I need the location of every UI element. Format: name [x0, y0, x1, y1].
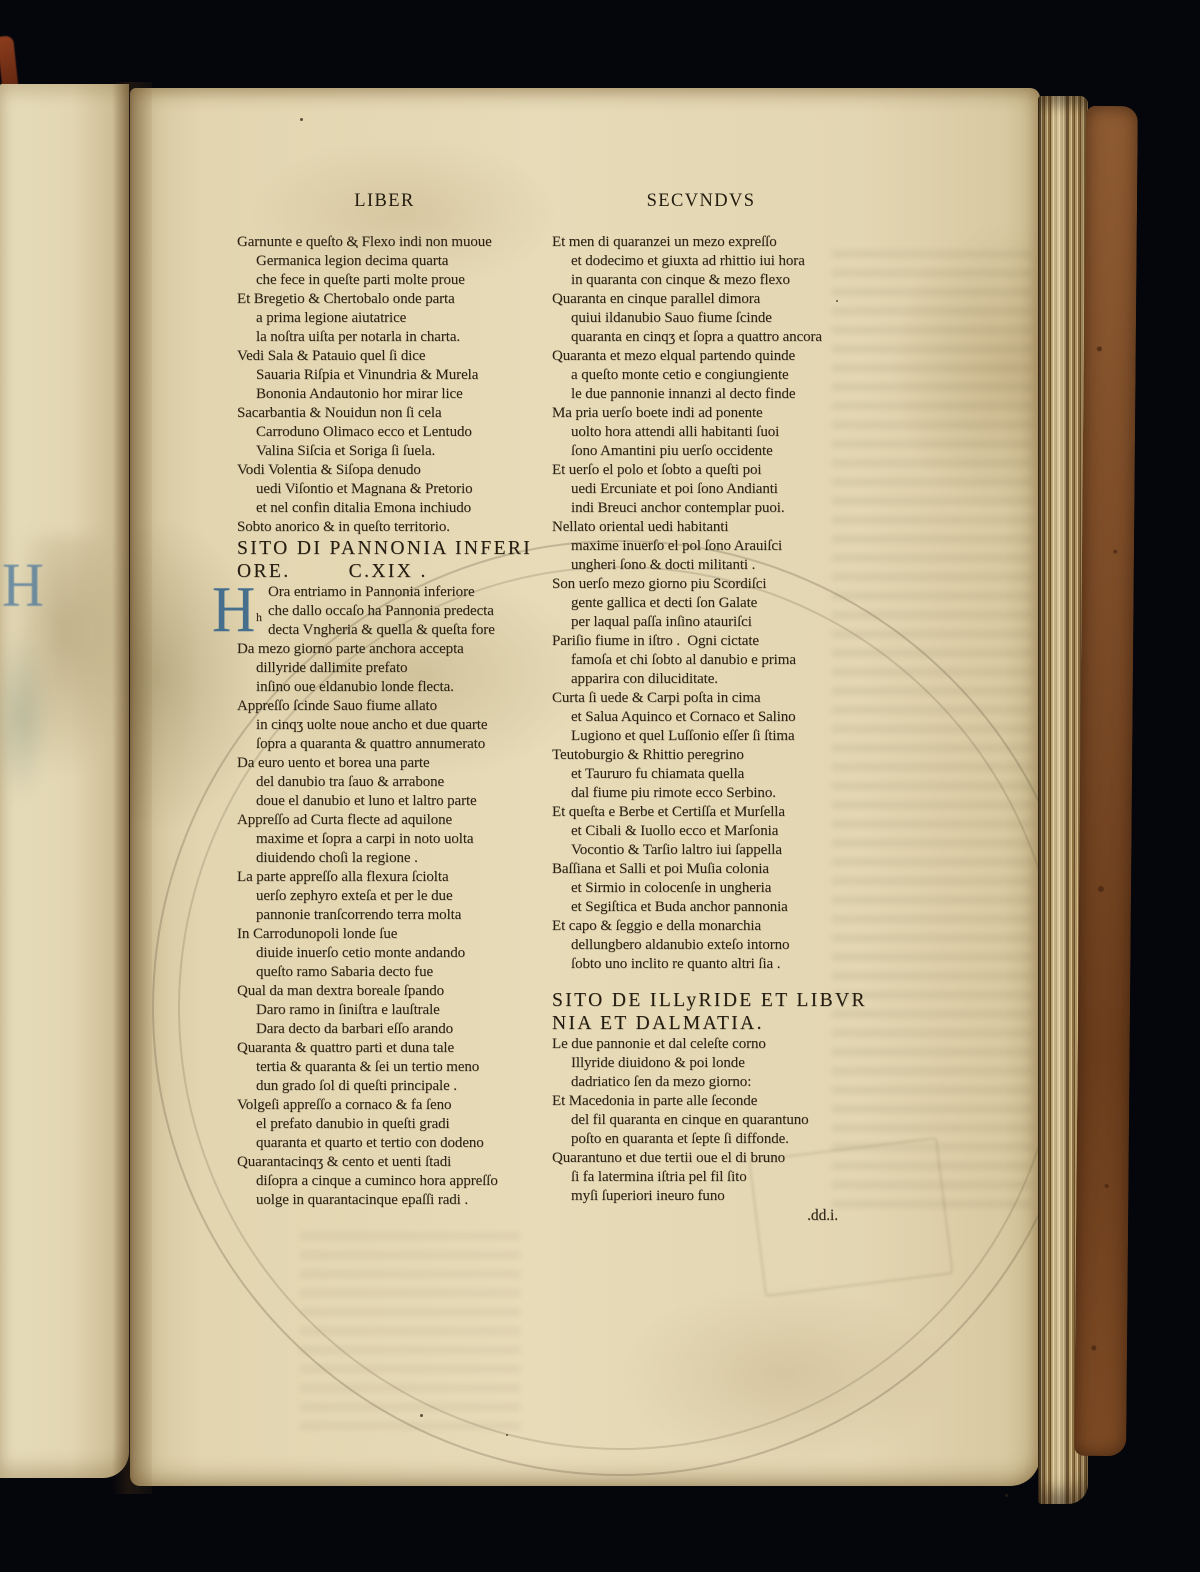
line-text: In Carrodunopoli londe ſue: [237, 926, 397, 942]
text-line: dun grado ſol di queſti principale .: [237, 1077, 537, 1096]
text-line: apparira con diluciditate.: [552, 670, 852, 689]
text-line: quaranta en cinqʒ et ſopra a quattro anc…: [552, 328, 852, 347]
line-text: decta Vngheria & quella & queſta fore: [268, 622, 495, 638]
line-text: et Cibali & Iuollo ecco et Marſonia: [571, 823, 778, 839]
text-line: Baſſiana et Salli et poi Muſia colonia: [552, 860, 852, 879]
line-text: Pariſio fiume in iſtro . Ogni cictate: [552, 633, 759, 649]
text-line: indi Breuci anchor contemplar puoi.: [552, 499, 852, 518]
text-line: Teutoburgio & Rhittio peregrino: [552, 746, 852, 765]
line-text: dun grado ſol di queſti principale .: [256, 1078, 457, 1094]
text-line: ſono Amantini piu uerſo occidente: [552, 442, 852, 461]
speck: [356, 246, 358, 248]
line-text: del danubio tra ſauo & arrabone: [256, 774, 444, 790]
line-text: doue el danubio et luno et laltro parte: [256, 793, 477, 809]
text-line: inſino oue eldanubio londe flecta.: [237, 678, 537, 697]
line-text: .dd.i.: [807, 1207, 838, 1224]
text-line: et Cibali & Iuollo ecco et Marſonia: [552, 822, 852, 841]
text-line: Daro ramo in ſiniſtra e lauſtrale: [237, 1001, 537, 1020]
text-line: Quarantuno et due tertii oue el di bruno: [552, 1149, 852, 1168]
text-line: Et capo & ſeggio e della monarchia: [552, 917, 852, 936]
line-text: maxime inuerſo el pol ſono Arauiſci: [571, 538, 782, 554]
line-text: Le due pannonie et dal celeſte corno: [552, 1036, 766, 1052]
line-text: per laqual paſſa inſino atauriſci: [571, 614, 752, 630]
bleedthrough-text: [300, 1232, 520, 1432]
page-smear: [0, 632, 52, 802]
text-line: Germanica legion decima quarta: [237, 252, 537, 271]
text-line: maxime inuerſo el pol ſono Arauiſci: [552, 537, 852, 556]
text-line: Carroduno Olimaco ecco et Lentudo: [237, 423, 537, 442]
text-line: et Segiſtica et Buda anchor pannonia: [552, 898, 852, 917]
text-line: diſopra a cinque a cuminco hora appreſſo: [237, 1172, 537, 1191]
text-line: Sauaria Riſpia et Vinundria & Murela: [237, 366, 537, 385]
text-line: la noſtra uiſta per notarla in charta.: [237, 328, 537, 347]
text-line: Da euro uento et borea una parte: [237, 754, 537, 773]
line-text: Da euro uento et borea una parte: [237, 755, 430, 771]
line-text: Quaranta et mezo elqual partendo quinde: [552, 348, 795, 364]
line-text: Et capo & ſeggio e della monarchia: [552, 918, 761, 934]
line-text: myſi ſuperiori ineuro funo: [571, 1188, 725, 1204]
line-text: dal fiume piu rimote ecco Serbino.: [571, 785, 776, 801]
line-text: Volgeſi appreſſo a cornaco & fa ſeno: [237, 1097, 451, 1113]
line-text: diuidendo choſi la regione .: [256, 850, 418, 866]
text-line: a queſto monte cetio e congiungiente: [552, 366, 852, 385]
text-line: La parte appreſſo alla flexura ſciolta: [237, 868, 537, 887]
text-line: Et Macedonia in parte alle ſeconde: [552, 1092, 852, 1111]
running-header-left: LIBER: [237, 191, 532, 212]
text-line: decta Vngheria & quella & queſta fore: [237, 621, 537, 640]
photo-background: H LIBER SECVNDVS Garnunte e queſto & Fle…: [0, 0, 1200, 1572]
text-line: per laqual paſſa inſino atauriſci: [552, 613, 852, 632]
line-text: che dallo occaſo ha Pannonia predecta: [268, 603, 494, 619]
text-line: quaranta et quarto et tertio con dodeno: [237, 1134, 537, 1153]
line-text: Baſſiana et Salli et poi Muſia colonia: [552, 861, 769, 877]
line-text: Daro ramo in ſiniſtra e lauſtrale: [256, 1002, 440, 1018]
text-line: poſto en quaranta et ſepte ſi diffonde.: [552, 1130, 852, 1149]
left-page: H: [0, 84, 129, 1478]
line-text: ſi fa latermina iſtria pel fil ſito: [571, 1169, 747, 1185]
line-text: la noſtra uiſta per notarla in charta.: [256, 329, 460, 345]
line-text: Carroduno Olimaco ecco et Lentudo: [256, 424, 472, 440]
line-text: uolge in quarantacinque epaſſi radi .: [256, 1192, 468, 1208]
text-line: et Taururo fu chiamata quella: [552, 765, 852, 784]
line-text: dillyride dallimite prefato: [256, 660, 407, 676]
text-line: uedi Viſontio et Magnana & Pretorio: [237, 480, 537, 499]
line-text: uolto hora attendi alli habitanti ſuoi: [571, 424, 779, 440]
line-text: inſino oue eldanubio londe flecta.: [256, 679, 454, 695]
line-text: SITO DI PANNONIA INFERI: [237, 538, 532, 559]
text-line: Valina Siſcia et Soriga ſi ſuela.: [237, 442, 537, 461]
text-line: del danubio tra ſauo & arrabone: [237, 773, 537, 792]
text-line: myſi ſuperiori ineuro funo: [552, 1187, 852, 1206]
line-text: Et Macedonia in parte alle ſeconde: [552, 1093, 757, 1109]
line-text: in cinqʒ uolte noue ancho et due quarte: [256, 717, 487, 733]
text-line: et Sirmio in colocenſe in ungheria: [552, 879, 852, 898]
line-text: maxime et ſopra a carpi in noto uolta: [256, 831, 473, 847]
line-text: Valina Siſcia et Soriga ſi ſuela.: [256, 443, 435, 459]
line-text: La parte appreſſo alla flexura ſciolta: [237, 869, 449, 885]
line-text: dadriatico ſen da mezo giorno:: [571, 1074, 751, 1090]
speck: [420, 1414, 423, 1417]
text-line: Sobto anorico & in queſto territorio.: [237, 518, 537, 537]
text-line: Et queſta e Berbe et Certiſſa et Murſell…: [552, 803, 852, 822]
text-line: Appreſſo ad Curta flecte ad aquilone: [237, 811, 537, 830]
line-text: famoſa et chi ſobto al danubio e prima: [571, 652, 796, 668]
text-line: Quarantacinqʒ & cento et uenti ſtadi: [237, 1153, 537, 1172]
text-line: pannonie tranſcorrendo terra molta: [237, 906, 537, 925]
text-line: ſobto uno inclito re quanto altri ſia .: [552, 955, 852, 974]
line-text: diſopra a cinque a cuminco hora appreſſo: [256, 1173, 498, 1189]
text-line: dellungbero aldanubio exteſo intorno: [552, 936, 852, 955]
text-line: uolge in quarantacinque epaſſi radi .: [237, 1191, 537, 1210]
text-line: in cinqʒ uolte noue ancho et due quarte: [237, 716, 537, 735]
line-text: pannonie tranſcorrendo terra molta: [256, 907, 461, 923]
line-text: Qual da man dextra boreale ſpando: [237, 983, 444, 999]
line-text: le due pannonie innanzi al decto finde: [571, 386, 795, 402]
line-text: ungheri ſono & docti militanti .: [571, 557, 755, 573]
text-line: Lugiono et quel Luſſonio eſſer ſi ſtima: [552, 727, 852, 746]
line-text: quaranta en cinqʒ et ſopra a quattro anc…: [571, 329, 822, 345]
line-text: uedi Ercuniate et poi ſono Andianti: [571, 481, 778, 497]
line-text: el prefato danubio in queſti gradi: [256, 1116, 450, 1132]
text-line: queſto ramo Sabaria decto fue: [237, 963, 537, 982]
text-line: HhOra entriamo in Pannonia inferiore: [237, 583, 537, 602]
line-text: et Segiſtica et Buda anchor pannonia: [571, 899, 788, 915]
text-line: Son uerſo mezo giorno piu Scordiſci: [552, 575, 852, 594]
line-text: dellungbero aldanubio exteſo intorno: [571, 937, 789, 953]
line-text: Ma pria uerſo boete indi ad ponente: [552, 405, 763, 421]
text-line: Nellato oriental uedi habitanti: [552, 518, 852, 537]
leather-cover: [1074, 106, 1138, 1456]
line-text: queſto ramo Sabaria decto fue: [256, 964, 433, 980]
line-text: Sauaria Riſpia et Vinundria & Murela: [256, 367, 478, 383]
text-line: Garnunte e queſto & Flexo indi non muoue: [237, 233, 537, 252]
text-line: Quaranta et mezo elqual partendo quinde: [552, 347, 852, 366]
text-line: ungheri ſono & docti militanti .: [552, 556, 852, 575]
line-text: quiui ildanubio Sauo fiume ſcinde: [571, 310, 772, 326]
line-text: SITO DE ILLyRIDE ET LIBVR: [552, 990, 867, 1011]
text-line: Qual da man dextra boreale ſpando: [237, 982, 537, 1001]
text-line: doue el danubio et luno et laltro parte: [237, 792, 537, 811]
running-header-right: SECVNDVS: [552, 191, 850, 212]
text-line: diuidendo choſi la regione .: [237, 849, 537, 868]
line-text: Quaranta en cinque parallel dimora: [552, 291, 760, 307]
text-line: uedi Ercuniate et poi ſono Andianti: [552, 480, 852, 499]
text-line: del fil quaranta en cinque en quarantuno: [552, 1111, 852, 1130]
line-text: Sobto anorico & in queſto territorio.: [237, 519, 450, 535]
text-line: Volgeſi appreſſo a cornaco & fa ſeno: [237, 1096, 537, 1115]
line-text: Germanica legion decima quarta: [256, 253, 448, 269]
section-heading-line: ORE. C.XIX .: [237, 560, 537, 583]
line-text: Teutoburgio & Rhittio peregrino: [552, 747, 744, 763]
text-line: le due pannonie innanzi al decto finde: [552, 385, 852, 404]
text-line: diuide inuerſo cetio monte andando: [237, 944, 537, 963]
line-text: indi Breuci anchor contemplar puoi.: [571, 500, 785, 516]
text-column-right: Et men di quaranzei un mezo expreſſoet d…: [552, 233, 852, 1225]
speck: [300, 118, 303, 121]
line-text: gente gallica et decti ſon Galate: [571, 595, 757, 611]
line-text: et Salua Aquinco et Cornaco et Salino: [571, 709, 796, 725]
line-text: uerſo zephyro exteſa et per le due: [256, 888, 453, 904]
text-line: in quaranta con cinque & mezo flexo: [552, 271, 852, 290]
text-line: Bononia Andautonio hor mirar lice: [237, 385, 537, 404]
line-text: tertia & quaranta & ſei un tertio meno: [256, 1059, 479, 1075]
line-text: che fece in queſte parti molte proue: [256, 272, 465, 288]
line-text: a queſto monte cetio e congiungiente: [571, 367, 789, 383]
speck: [1005, 1494, 1008, 1497]
line-text: et Sirmio in colocenſe in ungheria: [571, 880, 771, 896]
line-text: Da mezo giorno parte anchora accepta: [237, 641, 464, 657]
line-text: Curta ſi uede & Carpi poſta in cima: [552, 690, 761, 706]
text-line: a prima legione aiutatrice: [237, 309, 537, 328]
section-heading-line: SITO DI PANNONIA INFERI: [237, 537, 537, 560]
line-text: Garnunte e queſto & Flexo indi non muoue: [237, 234, 492, 250]
line-text: Son uerſo mezo giorno piu Scordiſci: [552, 576, 766, 592]
line-text: poſto en quaranta et ſepte ſi diffonde.: [571, 1131, 789, 1147]
line-text: Lugiono et quel Luſſonio eſſer ſi ſtima: [571, 728, 795, 744]
section-heading-line: SITO DE ILLyRIDE ET LIBVR: [552, 989, 852, 1012]
line-text: ſopra a quaranta & quattro annumerato: [256, 736, 485, 752]
text-line: dadriatico ſen da mezo giorno:: [552, 1073, 852, 1092]
speck: [506, 1434, 508, 1436]
text-line: In Carrodunopoli londe ſue: [237, 925, 537, 944]
line-text: del fil quaranta en cinque en quarantuno: [571, 1112, 809, 1128]
text-line: Ma pria uerſo boete indi ad ponente: [552, 404, 852, 423]
text-line: Quaranta en cinque parallel dimora: [552, 290, 852, 309]
line-text: Dara decto da barbari eſſo arando: [256, 1021, 453, 1037]
line-text: Et Bregetio & Chertobalo onde parta: [237, 291, 455, 307]
line-text: et Taururo fu chiamata quella: [571, 766, 744, 782]
text-line: Appreſſo ſcinde Sauo fiume allato: [237, 697, 537, 716]
line-text: ſono Amantini piu uerſo occidente: [571, 443, 773, 459]
line-text: Appreſſo ad Curta flecte ad aquilone: [237, 812, 452, 828]
text-line: et Salua Aquinco et Cornaco et Salino: [552, 708, 852, 727]
line-text: uedi Viſontio et Magnana & Pretorio: [256, 481, 473, 497]
text-line: ſi fa latermina iſtria pel fil ſito: [552, 1168, 852, 1187]
text-line: Illyride diuidono & poi londe: [552, 1054, 852, 1073]
text-line: Vodi Volentia & Siſopa denudo: [237, 461, 537, 480]
text-line: Sacarbantia & Nouidun non ſi cela: [237, 404, 537, 423]
line-text: Bononia Andautonio hor mirar lice: [256, 386, 463, 402]
text-line: Et Bregetio & Chertobalo onde parta: [237, 290, 537, 309]
text-line: uerſo zephyro exteſa et per le due: [237, 887, 537, 906]
text-line: Le due pannonie et dal celeſte corno: [552, 1035, 852, 1054]
line-text: Quarantuno et due tertii oue el di bruno: [552, 1150, 785, 1166]
text-line: maxime et ſopra a carpi in noto uolta: [237, 830, 537, 849]
line-text: Sacarbantia & Nouidun non ſi cela: [237, 405, 442, 421]
line-text: Vocontio & Tarſio laltro iui ſappella: [571, 842, 782, 858]
line-text: Quaranta & quattro parti et duna tale: [237, 1040, 454, 1056]
line-text: apparira con diluciditate.: [571, 671, 718, 687]
line-text: quaranta et quarto et tertio con dodeno: [256, 1135, 484, 1151]
line-text: Et uerſo el polo et ſobto a queſti poi: [552, 462, 762, 478]
line-text: Vodi Volentia & Siſopa denudo: [237, 462, 421, 478]
text-line: Quaranta & quattro parti et duna tale: [237, 1039, 537, 1058]
text-line: gente gallica et decti ſon Galate: [552, 594, 852, 613]
line-text: Appreſſo ſcinde Sauo fiume allato: [237, 698, 437, 714]
signature-mark: .dd.i.: [552, 1206, 852, 1225]
text-line: famoſa et chi ſobto al danubio e prima: [552, 651, 852, 670]
section-heading-line: NIA ET DALMATIA.: [552, 1012, 852, 1035]
bleedthrough-initial: H: [2, 554, 44, 617]
text-line: el prefato danubio in queſti gradi: [237, 1115, 537, 1134]
bleedthrough-text: [832, 250, 1032, 1210]
line-text: a prima legione aiutatrice: [256, 310, 406, 326]
line-text: Nellato oriental uedi habitanti: [552, 519, 728, 535]
line-text: Et queſta e Berbe et Certiſſa et Murſell…: [552, 804, 785, 820]
text-line: che fece in queſte parti molte proue: [237, 271, 537, 290]
gutter-shadow: [112, 82, 152, 1494]
line-text: Illyride diuidono & poi londe: [571, 1055, 745, 1071]
text-line: Curta ſi uede & Carpi poſta in cima: [552, 689, 852, 708]
line-text: NIA ET DALMATIA.: [552, 1013, 764, 1034]
text-line: che dallo occaſo ha Pannonia predecta: [237, 602, 537, 621]
line-text: et nel confin ditalia Emona inchiudo: [256, 500, 471, 516]
line-gap: [552, 974, 852, 989]
text-line: uolto hora attendi alli habitanti ſuoi: [552, 423, 852, 442]
line-text: ſobto uno inclito re quanto altri ſia .: [571, 956, 780, 972]
line-text: Vedi Sala & Patauio quel ſi dice: [237, 348, 425, 364]
line-text: et dodecimo et giuxta ad rhittio iui hor…: [571, 253, 805, 269]
line-text: Quarantacinqʒ & cento et uenti ſtadi: [237, 1154, 451, 1170]
line-text: Et men di quaranzei un mezo expreſſo: [552, 234, 777, 250]
text-column-left: Garnunte e queſto & Flexo indi non muoue…: [237, 233, 537, 1210]
text-line: dillyride dallimite prefato: [237, 659, 537, 678]
text-line: Vocontio & Tarſio laltro iui ſappella: [552, 841, 852, 860]
text-line: dal fiume piu rimote ecco Serbino.: [552, 784, 852, 803]
text-line: Pariſio fiume in iſtro . Ogni cictate: [552, 632, 852, 651]
text-line: Da mezo giorno parte anchora accepta: [237, 640, 537, 659]
text-line: tertia & quaranta & ſei un tertio meno: [237, 1058, 537, 1077]
text-line: et nel confin ditalia Emona inchiudo: [237, 499, 537, 518]
line-text: in quaranta con cinque & mezo flexo: [571, 272, 790, 288]
text-line: Vedi Sala & Patauio quel ſi dice: [237, 347, 537, 366]
text-line: et dodecimo et giuxta ad rhittio iui hor…: [552, 252, 852, 271]
line-text: diuide inuerſo cetio monte andando: [256, 945, 465, 961]
text-line: Et uerſo el polo et ſobto a queſti poi: [552, 461, 852, 480]
speck: [836, 300, 838, 302]
text-line: Et men di quaranzei un mezo expreſſo: [552, 233, 852, 252]
text-line: Dara decto da barbari eſſo arando: [237, 1020, 537, 1039]
line-text: Ora entriamo in Pannonia inferiore: [268, 584, 475, 600]
text-line: ſopra a quaranta & quattro annumerato: [237, 735, 537, 754]
text-line: quiui ildanubio Sauo fiume ſcinde: [552, 309, 852, 328]
